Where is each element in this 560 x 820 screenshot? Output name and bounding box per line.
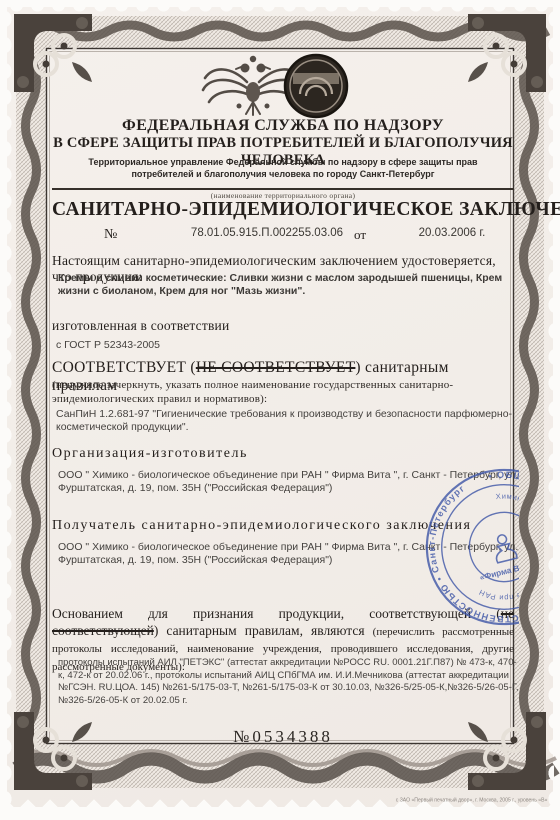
protocols-value: протоколы испытаний АИЛ "ПЕТЭКС" (аттест… [52, 657, 520, 707]
date-label: от [354, 227, 366, 243]
product-description: Кремы и сливки косметические: Сливки жиз… [52, 272, 520, 298]
manufacturer-label: Организация-изготовитель [52, 446, 514, 462]
made-in-accordance-label: изготовленная в соответствии [52, 318, 514, 334]
territorial-office: Территориальное управление Федеральной с… [52, 157, 514, 180]
manufacturer-value: ООО " Химико - биологическое объединение… [52, 469, 520, 495]
blank-serial-number: №0534388 [52, 727, 514, 747]
conformity-caption: (ненужное зачеркнуть, указать полное наи… [52, 379, 514, 406]
number-label: № [104, 227, 117, 243]
recipient-label: Получатель санитарно-эпидемиологического… [52, 518, 514, 534]
printer-imprint: с ЗАО «Первый печатный двор», г. Москва,… [395, 798, 547, 803]
sanpin-value: СанПиН 1.2.681-97 "Гигиенические требова… [52, 408, 518, 434]
basis-text-1: Основанием для признания продукции, соот… [52, 606, 501, 621]
agency-name-line1: ФЕДЕРАЛЬНАЯ СЛУЖБА ПО НАДЗОРУ [52, 117, 514, 135]
number-row: № 78.01.05.915.П.002255.03.06 от 20.03.2… [52, 227, 514, 243]
certificate-page: ФЕДЕРАЛЬНАЯ СЛУЖБА ПО НАДЗОРУ В СФЕРЕ ЗА… [0, 0, 560, 820]
basis-text-2: ) санитарным правилам, являются [154, 623, 373, 638]
recipient-value: ООО " Химико - биологическое объединение… [52, 541, 520, 567]
document-title: САНИТАРНО-ЭПИДЕМИОЛОГИЧЕСКОЕ ЗАКЛЮЧЕНИЕ [52, 199, 514, 221]
certificate-date: 20.03.2006 г. [387, 227, 517, 239]
header-rule [52, 188, 514, 190]
gost-value: с ГОСТ Р 52343-2005 [52, 339, 518, 352]
conform-yes: СООТВЕТСТВУЕТ ( [52, 359, 196, 376]
conform-no-strikethrough: НЕ СООТВЕТСТВУЕТ [196, 359, 356, 376]
